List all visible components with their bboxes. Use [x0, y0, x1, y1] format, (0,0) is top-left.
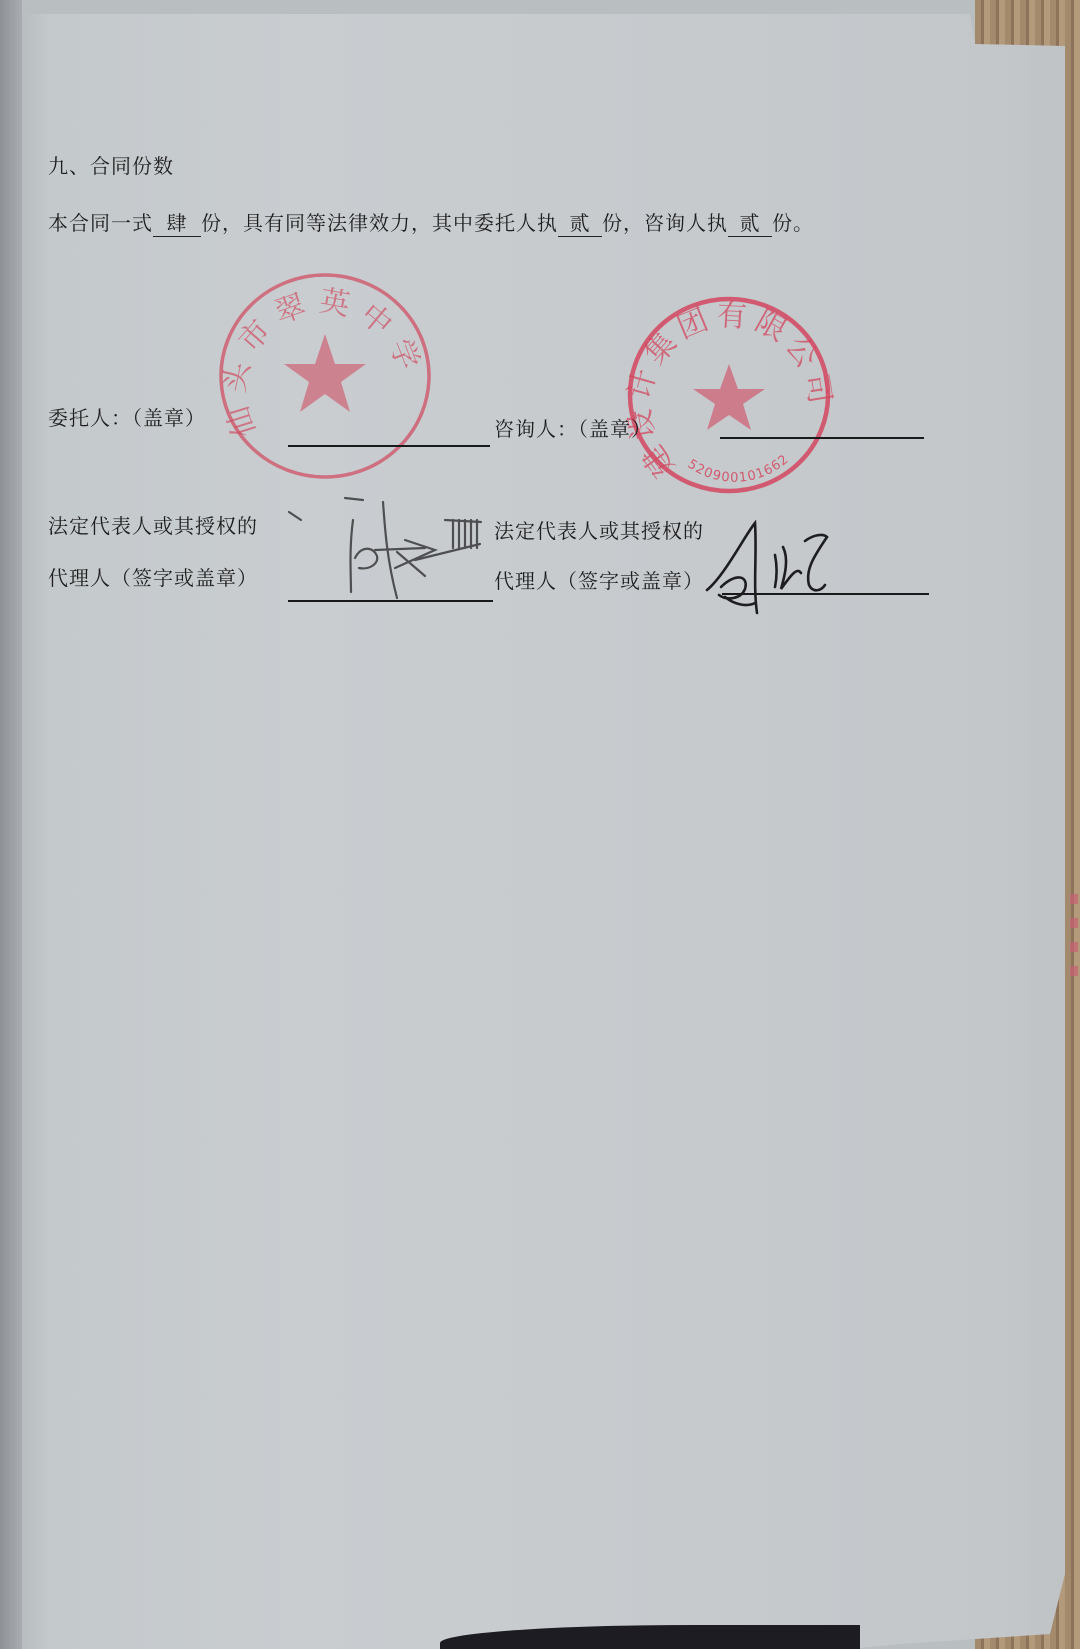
- page-binding-shadow: [0, 0, 22, 1649]
- client-copies-field: 贰: [558, 207, 602, 237]
- client-handwritten-signature: [285, 490, 485, 604]
- seal-star-icon: [693, 364, 765, 430]
- consultant-official-seal: 建设计集团有限公司 520900101662: [627, 296, 831, 498]
- consultant-copies-field: 贰: [728, 207, 772, 237]
- client-rep-label-1: 法定代表人或其授权的: [48, 510, 258, 539]
- client-official-seal: 仙头市翠英中学: [218, 272, 432, 484]
- client-rep-label-2: 代理人（签字或盖章）: [48, 562, 258, 591]
- copies-paragraph: 本合同一式肆份，具有同等法律效力，其中委托人执贰份，咨询人执贰份。: [48, 207, 814, 237]
- client-seal-line: [288, 445, 490, 447]
- edge-seal-fragment: [1066, 880, 1080, 1010]
- client-seal-label: 委托人：（盖章）: [48, 402, 206, 431]
- consultant-rep-label-1: 法定代表人或其授权的: [494, 515, 704, 544]
- consultant-rep-label-2: 代理人（签字或盖章）: [494, 565, 704, 594]
- contract-page: [0, 14, 1065, 1649]
- total-copies-field: 肆: [153, 207, 201, 237]
- para-mid1: 份，具有同等法律效力，其中委托人执: [201, 211, 558, 235]
- consultant-handwritten-signature: [705, 515, 835, 624]
- consultant-seal-line: [720, 437, 924, 439]
- para-suffix: 份。: [772, 211, 814, 235]
- para-prefix: 本合同一式: [48, 211, 153, 235]
- para-mid2: 份，咨询人执: [602, 211, 728, 235]
- section-heading: 九、合同份数: [48, 150, 174, 179]
- seal-star-icon: [284, 334, 366, 412]
- consultant-seal-label: 咨询人：（盖章）: [494, 413, 652, 442]
